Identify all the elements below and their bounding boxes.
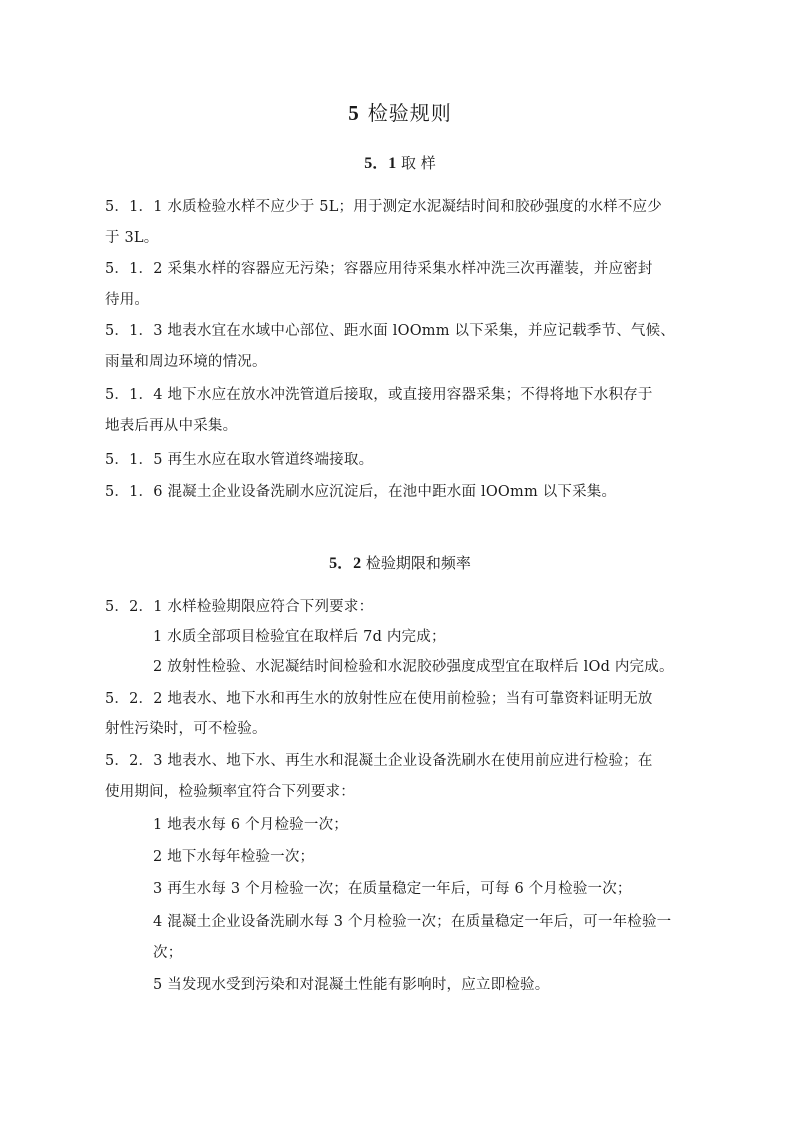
clause-5-1-2-line-2: 待用。 xyxy=(105,290,705,310)
clause-5-2-3-item-2: 2 地下水每年检验一次； xyxy=(153,847,753,867)
clause-5-2-2-line-2: 射性污染时，可不检验。 xyxy=(105,719,705,739)
clause-5-2-1-item-1: 1 水质全部项目检验宜在取样后 7d 内完成； xyxy=(153,627,753,647)
clause-5-1-4-line-1: 5．1．4 地下水应在放水冲洗管道后接取，或直接用容器采集；不得将地下水积存于 xyxy=(105,385,705,405)
clause-5-2-3-line-1: 5．2．3 地表水、地下水、再生水和混凝土企业设备洗刷水在使用前应进行检验；在 xyxy=(105,751,705,771)
clause-5-2-3-item-3: 3 再生水每 3 个月检验一次；在质量稳定一年后，可每 6 个月检验一次； xyxy=(153,879,753,899)
chapter-title-text: 检验规则 xyxy=(368,101,452,125)
clause-5-1-1-line-1: 5．1．1 水质检验水样不应少于 5L；用于测定水泥凝结时间和胶砂强度的水样不应… xyxy=(105,197,705,217)
clause-5-1-2-line-1: 5．1．2 采集水样的容器应无污染；容器应用待采集水样冲洗三次再灌装，并应密封 xyxy=(105,259,705,279)
clause-5-2-3-line-2: 使用期间，检验频率宜符合下列要求： xyxy=(105,782,705,802)
section-heading-5-1: 5．1 取 样 xyxy=(0,153,800,174)
chapter-number: 5 xyxy=(348,101,360,125)
clause-5-2-3-item-5: 5 当发现水受到污染和对混凝土性能有影响时，应立即检验。 xyxy=(153,975,753,995)
clause-5-2-1-item-2: 2 放射性检验、水泥凝结时间检验和水泥胶砂强度成型宜在取样后 lOd 内完成。 xyxy=(153,657,753,677)
section-heading-5-2: 5．2 检验期限和频率 xyxy=(0,553,800,574)
section-heading-text: 取 样 xyxy=(401,154,436,172)
clause-5-1-5: 5．1．5 再生水应在取水管道终端接取。 xyxy=(105,450,705,470)
clause-5-2-3-item-1: 1 地表水每 6 个月检验一次； xyxy=(153,815,753,835)
document-page: 5 检验规则 5．1 取 样 5．1．1 水质检验水样不应少于 5L；用于测定水… xyxy=(0,0,800,1131)
clause-5-1-4-line-2: 地表后再从中采集。 xyxy=(105,416,705,436)
clause-5-1-1-line-2: 于 3L。 xyxy=(105,228,705,248)
section-number: 5．1 xyxy=(364,155,396,172)
clause-5-1-3-line-1: 5．1．3 地表水宜在水域中心部位、距水面 lOOmm 以下采集，并应记载季节、… xyxy=(105,321,705,341)
clause-5-1-6: 5．1．6 混凝土企业设备洗刷水应沉淀后，在池中距水面 lOOmm 以下采集。 xyxy=(105,482,705,502)
chapter-title: 5 检验规则 xyxy=(0,100,800,126)
clause-5-1-3-line-2: 雨量和周边环境的情况。 xyxy=(105,352,705,372)
clause-5-2-2-line-1: 5．2．2 地表水、地下水和再生水的放射性应在使用前检验；当有可靠资料证明无放 xyxy=(105,689,705,709)
section-heading-text: 检验期限和频率 xyxy=(366,554,471,572)
clause-5-2-3-item-4-line-2: 次； xyxy=(153,943,753,963)
clause-5-2-1: 5．2．1 水样检验期限应符合下列要求： xyxy=(105,597,705,617)
clause-5-2-3-item-4-line-1: 4 混凝土企业设备洗刷水每 3 个月检验一次；在质量稳定一年后，可一年检验一 xyxy=(153,912,753,932)
section-number: 5．2 xyxy=(329,555,361,572)
